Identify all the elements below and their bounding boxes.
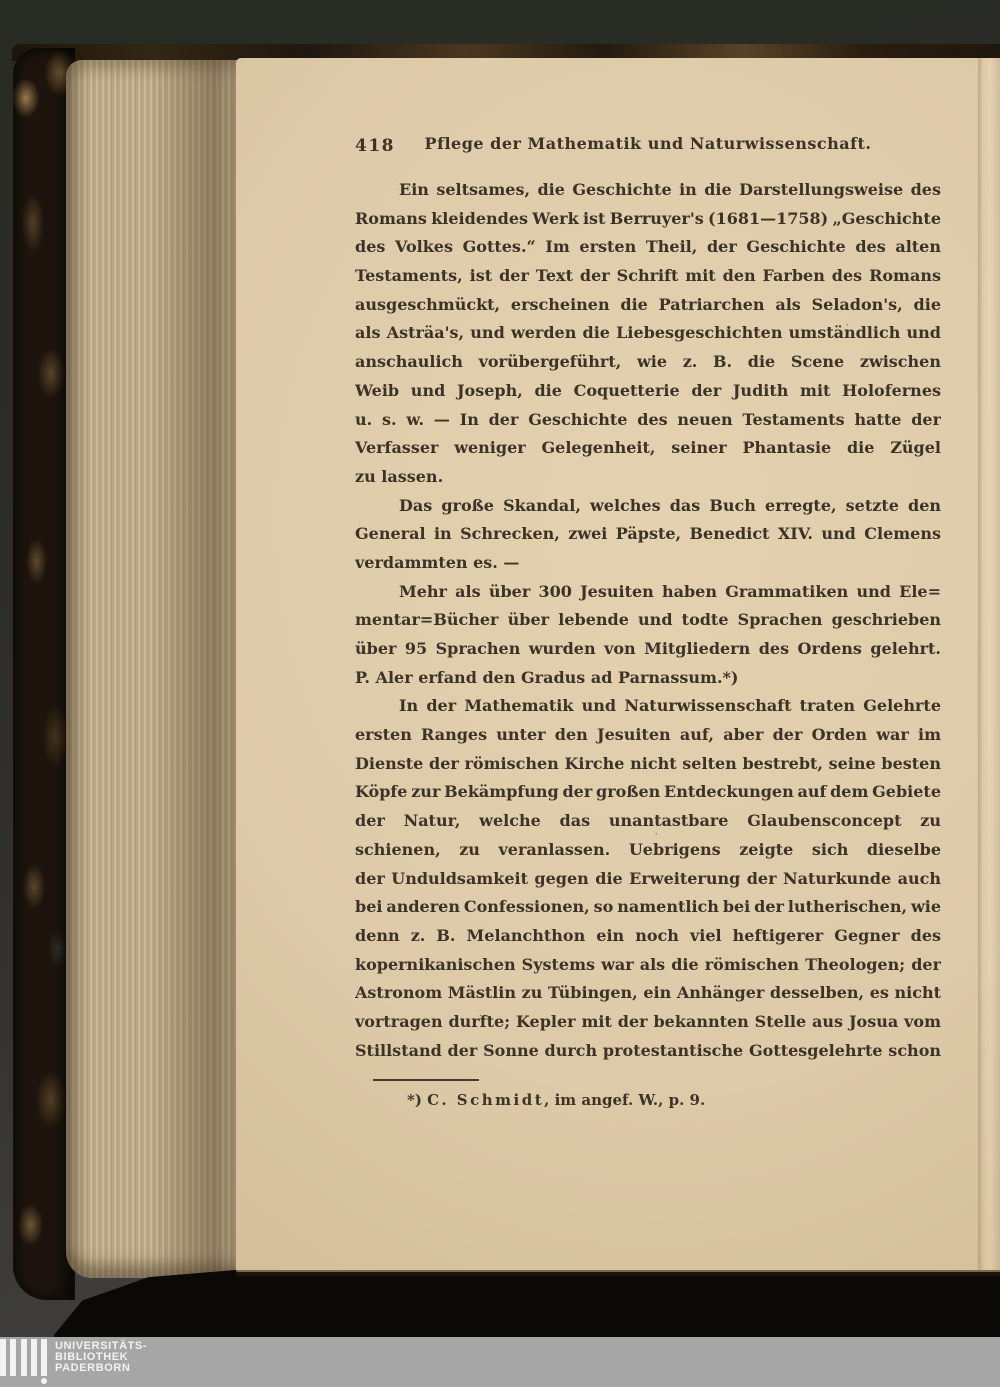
text-line: ausgeschmückt, erscheinen die Patriarche… (355, 291, 941, 320)
stamp-dot-icon (41, 1378, 47, 1384)
text-line: P. Aler erfand den Gradus ad Parnassum.*… (355, 664, 941, 693)
stamp-line: PADERBORN (55, 1363, 147, 1374)
footnote-author: C. Schmidt (427, 1091, 544, 1109)
page-text-block: 418 Pflege der Mathematik und Naturwisse… (355, 134, 941, 1110)
book-scan-photo: 418 Pflege der Mathematik und Naturwisse… (0, 0, 1000, 1387)
library-stamp-band: UNIVERSITÄTS- BIBLIOTHEK PADERBORN (0, 1337, 1000, 1387)
stamp-bar-icon (21, 1339, 27, 1376)
text-line: Weib und Joseph, die Coquetterie der Jud… (355, 377, 941, 406)
text-line: Köpfe zur Bekämpfung der großen Entdecku… (355, 778, 941, 807)
text-line: In der Mathematik und Naturwissenschaft … (355, 692, 941, 721)
footnote-rest: , im angef. W., p. 9. (544, 1091, 705, 1109)
text-line: ersten Ranges unter den Jesuiten auf, ab… (355, 721, 941, 750)
stamp-bar-icon (10, 1339, 16, 1376)
page-header: 418 Pflege der Mathematik und Naturwisse… (355, 134, 941, 158)
text-line: Stillstand der Sonne durch protestantisc… (355, 1037, 941, 1066)
footnote-marker: *) (407, 1091, 427, 1109)
text-line: Romans kleidendes Werk ist Berruyer's (1… (355, 205, 941, 234)
text-line: vortragen durfte; Kepler mit der bekannt… (355, 1008, 941, 1037)
page-number: 418 (355, 136, 395, 156)
text-line: kopernikanischen Systems war als die röm… (355, 951, 941, 980)
page-body: Ein seltsames, die Geschichte in die Dar… (355, 176, 941, 1065)
text-line: als Asträa's, und werden die Liebesgesch… (355, 319, 941, 348)
text-line: Testaments, ist der Text der Schrift mit… (355, 262, 941, 291)
stamp-bar-icon (0, 1339, 6, 1376)
text-line: Dienste der römischen Kirche nicht selte… (355, 750, 941, 779)
text-line: Verfasser weniger Gelegenheit, seiner Ph… (355, 434, 941, 463)
page-gutter-crease (978, 58, 1000, 1270)
text-line: Ein seltsames, die Geschichte in die Dar… (355, 176, 941, 205)
text-line: über 95 Sprachen wurden von Mitgliedern … (355, 635, 941, 664)
running-header: Pflege der Mathematik und Naturwissensch… (355, 134, 941, 153)
text-line: der Unduldsamkeit gegen die Erweiterung … (355, 865, 941, 894)
text-line: mentar=Bücher über lebende und todte Spr… (355, 606, 941, 635)
text-line: u. s. w. — In der Geschichte des neuen T… (355, 406, 941, 435)
text-line: der Natur, welche das unantastbare Glaub… (355, 807, 941, 836)
text-line: verdammten es. — (355, 549, 941, 578)
footnote-rule (373, 1079, 479, 1081)
page-stack-fore-edge (66, 60, 238, 1278)
text-line: Astronom Mästlin zu Tübingen, ein Anhäng… (355, 979, 941, 1008)
footnote: *) C. Schmidt, im angef. W., p. 9. (407, 1090, 941, 1110)
library-stamp-text: UNIVERSITÄTS- BIBLIOTHEK PADERBORN (55, 1341, 147, 1373)
book-page: 418 Pflege der Mathematik und Naturwisse… (236, 58, 1000, 1272)
text-line: Das große Skandal, welches das Buch erre… (355, 492, 941, 521)
stamp-bar-icon (41, 1339, 47, 1376)
text-line: anschaulich vorübergeführt, wie z. B. di… (355, 348, 941, 377)
text-line: des Volkes Gottes.“ Im ersten Theil, der… (355, 233, 941, 262)
stamp-line: BIBLIOTHEK (55, 1352, 147, 1363)
text-line: denn z. B. Melanchthon ein noch viel hef… (355, 922, 941, 951)
text-line: General in Schrecken, zwei Päpste, Bened… (355, 520, 941, 549)
text-line: schienen, zu veranlassen. Uebrigens zeig… (355, 836, 941, 865)
text-line: Mehr als über 300 Jesuiten haben Grammat… (355, 578, 941, 607)
stamp-bar-icon (31, 1339, 37, 1376)
text-line: zu lassen. (355, 463, 941, 492)
text-line: bei anderen Confessionen, so namentlich … (355, 893, 941, 922)
